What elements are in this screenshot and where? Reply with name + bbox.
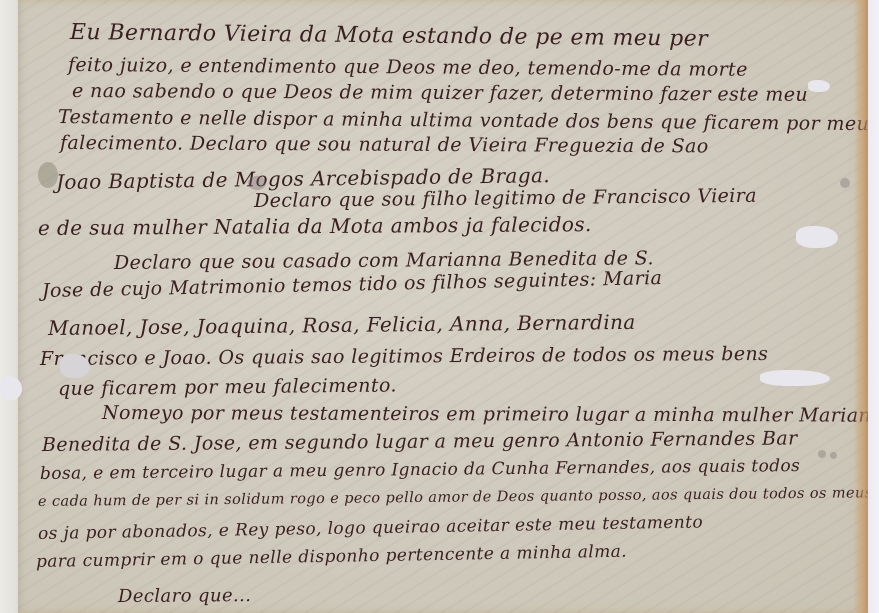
manuscript-line: que ficarem por meu falecimento. [58, 374, 397, 400]
manuscript-page: Eu Bernardo Vieira da Mota estando de pe… [18, 0, 868, 613]
manuscript-line: falecimento. Declaro que sou natural de … [60, 132, 709, 157]
ink-stain [830, 452, 837, 459]
paper-tear [60, 354, 90, 378]
ink-stain [840, 178, 850, 188]
manuscript-line: Nomeyo por meus testamenteiros em primei… [102, 402, 868, 427]
paper-tear [796, 226, 838, 248]
ink-stain [248, 176, 266, 190]
ink-stain [818, 450, 826, 458]
paper-tear [808, 80, 830, 92]
manuscript-line: e nao sabendo o que Deos de mim quizer f… [72, 80, 808, 106]
ink-stain [38, 162, 58, 188]
paper-tear [0, 376, 22, 400]
manuscript-line: Declaro que... [118, 585, 252, 607]
paper-tear [760, 370, 830, 386]
manuscript-line: e de sua mulher Natalia da Mota ambos ja… [38, 212, 592, 240]
